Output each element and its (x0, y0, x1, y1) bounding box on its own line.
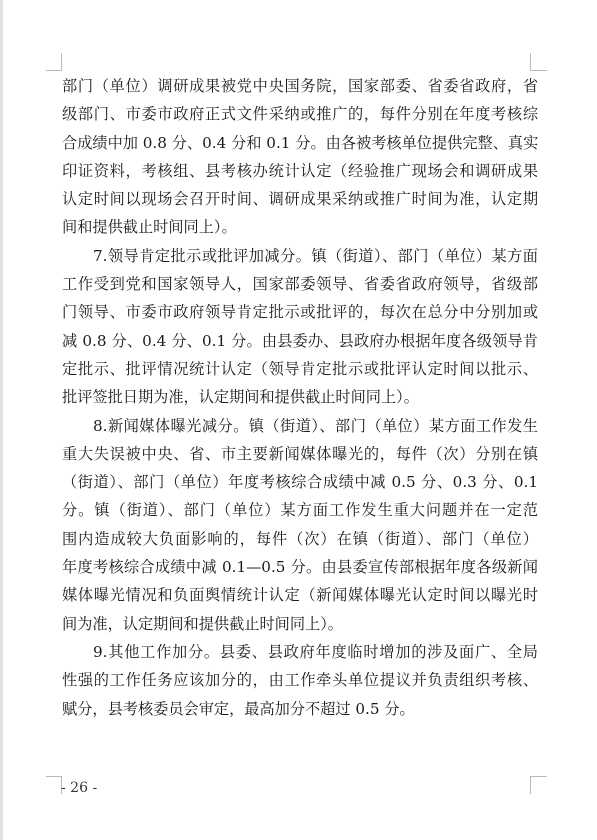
text-line: 门领导、市委市政府领导肯定批示或批评的，每次在总分中分别加或 (62, 298, 538, 326)
text-line: 分。镇（街道）、部门（单位）某方面工作发生重大问题并在一定范 (62, 496, 538, 524)
text-line: 媒体曝光情况和负面舆情统计认定（新闻媒体曝光认定时间以曝光时 (62, 581, 538, 609)
text-line: 赋分，县考核委员会审定，最高加分不超过 0.5 分。 (62, 695, 538, 723)
text-line: 8.新闻媒体曝光减分。镇（街道）、部门（单位）某方面工作发生 (62, 412, 538, 440)
page-left-edge (0, 0, 3, 840)
page-number: - 26 - (61, 780, 97, 796)
crop-mark-bottom-left (46, 776, 62, 794)
text-line: （街道）、部门（单位）年度考核综合成绩中减 0.5 分、0.3 分、0.1 (62, 468, 538, 496)
text-line: 工作受到党和国家领导人，国家部委领导、省委省政府领导，省级部 (62, 270, 538, 298)
text-line: 围内造成较大负面影响的，每件（次）在镇（街道）、部门（单位） (62, 525, 538, 553)
text-line: 批评签批日期为准，认定期间和提供截止时间同上）。 (62, 383, 538, 411)
crop-mark-top-left (46, 53, 62, 71)
crop-mark-bottom-right (530, 776, 547, 794)
text-line: 间和提供截止时间同上）。 (62, 213, 538, 241)
text-line: 合成绩中加 0.8 分、0.4 分和 0.1 分。由各被考核单位提供完整、真实 (62, 129, 538, 157)
text-line: 认定时间以现场会召开时间、调研成果采纳或推广时间为准，认定期 (62, 185, 538, 213)
text-line: 定批示、批评情况统计认定（领导肯定批示或批评认定时间以批示、 (62, 355, 538, 383)
text-line: 性强的工作任务应该加分的，由工作牵头单位提议并负责组织考核、 (62, 666, 538, 694)
text-line: 印证资料，考核组、县考核办统计认定（经验推广现场会和调研成果 (62, 157, 538, 185)
text-line: 级部门、市委市政府正式文件采纳或推广的，每件分别在年度考核综 (62, 100, 538, 128)
text-line: 年度考核综合成绩中减 0.1—0.5 分。由县委宣传部根据年度各级新闻 (62, 553, 538, 581)
text-line: 9.其他工作加分。县委、县政府年度临时增加的涉及面广、全局 (62, 638, 538, 666)
text-line: 7.领导肯定批示或批评加减分。镇（街道）、部门（单位）某方面 (62, 242, 538, 270)
document-body: 部门（单位）调研成果被党中央国务院，国家部委、省委省政府，省级部门、市委市政府正… (62, 72, 538, 723)
text-line: 减 0.8 分、0.4 分、0.1 分。由县委办、县政府办根据年度各级领导肯 (62, 327, 538, 355)
crop-mark-top-right (530, 53, 547, 71)
text-line: 部门（单位）调研成果被党中央国务院，国家部委、省委省政府，省 (62, 72, 538, 100)
text-line: 重大失误被中央、省、市主要新闻媒体曝光的，每件（次）分别在镇 (62, 440, 538, 468)
text-line: 间为准，认定期间和提供截止时间同上）。 (62, 610, 538, 638)
